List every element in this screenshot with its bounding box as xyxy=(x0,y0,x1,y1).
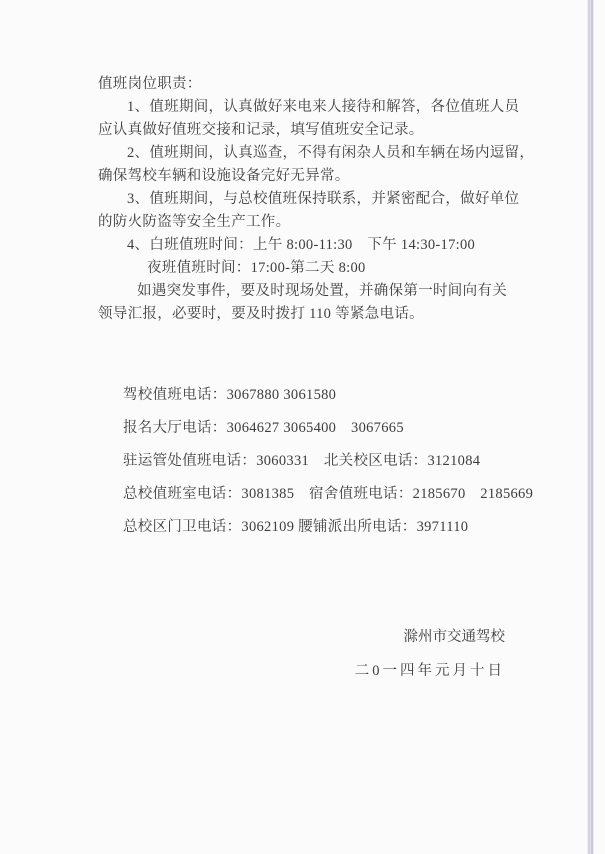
duty-item2-line2: 确保驾校车辆和设施设备完好无异常。 xyxy=(98,165,546,188)
duty-item1-line1: 1、值班期间，认真做好来电来人接待和解答，各位值班人员 xyxy=(98,96,546,119)
emergency-note-line2: 领导汇报，必要时，要及时拨打 110 等紧急电话。 xyxy=(98,303,546,326)
phone-line-hq-gate: 总校区门卫电话：3062109 腰铺派出所电话：3971110 xyxy=(123,511,533,544)
phone-line-registration-hall: 报名大厅电话：3064627 3065400 3067665 xyxy=(123,412,533,445)
duty-item4-day-shift: 4、白班值班时间：上午 8:00-11:30 下午 14:30-17:00 xyxy=(98,234,546,257)
signature-date: 二0一四年元月十日 xyxy=(355,654,505,688)
scanned-document-page: 值班岗位职责： 1、值班期间，认真做好来电来人接待和解答，各位值班人员 应认真做… xyxy=(0,0,605,854)
document-title: 值班岗位职责： xyxy=(98,73,546,96)
duty-item1-line2: 应认真做好值班交接和记录，填写值班安全记录。 xyxy=(98,119,546,142)
signature-block: 滁州市交通驾校 二0一四年元月十日 xyxy=(355,620,505,688)
phone-line-transport-office: 驻运管处值班电话：3060331 北关校区电话：3121084 xyxy=(123,445,533,478)
signature-organization: 滁州市交通驾校 xyxy=(355,620,505,654)
duty-item3-line2: 的防火防盗等安全生产工作。 xyxy=(98,211,546,234)
page-edge-scan-line xyxy=(587,0,594,854)
emergency-note-line1: 如遇突发事件，要及时现场处置，并确保第一时间向有关 xyxy=(98,280,546,303)
duty-item4-night-shift: 夜班值班时间：17:00-第二天 8:00 xyxy=(98,257,546,280)
phone-directory: 驾校值班电话：3067880 3061580 报名大厅电话：3064627 30… xyxy=(123,379,533,544)
phone-line-hq-duty-room: 总校值班室电话：3081385 宿舍值班电话：2185670 2185669 xyxy=(123,478,533,511)
duty-item2-line1: 2、值班期间，认真巡查，不得有闲杂人员和车辆在场内逗留， xyxy=(98,142,546,165)
document-body: 值班岗位职责： 1、值班期间，认真做好来电来人接待和解答，各位值班人员 应认真做… xyxy=(98,73,546,326)
phone-line-school-duty: 驾校值班电话：3067880 3061580 xyxy=(123,379,533,412)
duty-item3-line1: 3、值班期间，与总校值班保持联系，并紧密配合，做好单位 xyxy=(98,188,546,211)
